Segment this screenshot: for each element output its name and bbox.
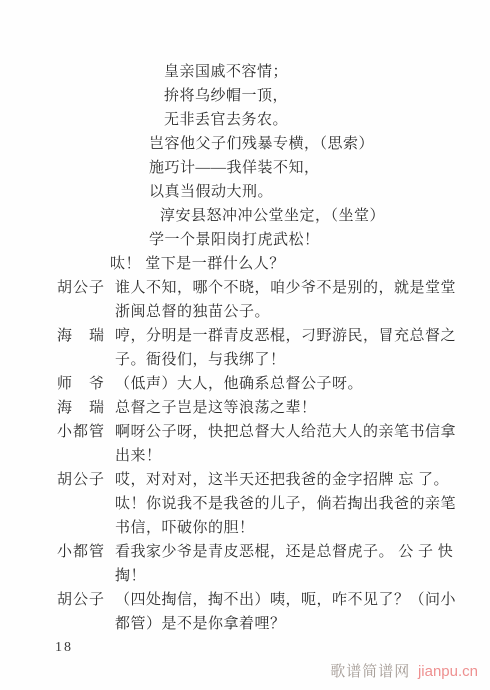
speech-text: 看我家少爷是青皮恶棍，还是总督虎子。 公 子 快 掏！ — [115, 540, 465, 588]
speech-line: 啊呀公子呀，快把总督大人给范大人的亲笔书信拿 — [115, 420, 465, 444]
dialogue-block: 胡公子 谁人不知，哪个不晓，咱少爷不是别的，就是堂堂 浙闽总督的独苗公子。 海 … — [0, 276, 490, 636]
dialogue-entry: 小都管 看我家少爷是青皮恶棍，还是总督虎子。 公 子 快 掏！ — [0, 540, 490, 588]
speaker-name: 小都管 — [57, 540, 115, 564]
speech-line: 浙闽总督的独苗公子。 — [115, 300, 465, 324]
verse-line: 学一个景阳岗打虎武松！ — [149, 228, 490, 252]
watermark-site-name: 歌谱简谱网 — [330, 664, 410, 680]
speaker-name: 胡公子 — [57, 276, 115, 300]
verse-line: 以真当假动大刑。 — [149, 180, 490, 204]
verse-line: 岂容他父子们残暴专横，（思索） — [149, 132, 490, 156]
watermark-site-url: jianpu.cn — [418, 663, 478, 680]
speech-line: （四处掏信，掏不出）咦，呃，咋不见了？（问小 — [115, 588, 465, 612]
dialogue-entry: 师 爷 （低声）大人，他确系总督公子呀。 — [0, 372, 490, 396]
verse-line: 淳安县怒冲冲公堂坐定，（坐堂） — [160, 204, 490, 228]
verse-block: 皇亲国戚不容情； 拚将乌纱帽一顶， 无非丢官去务农。 岂容他父子们残暴专横，（思… — [0, 60, 490, 276]
speech-line: 书信，吓破你的胆！ — [115, 516, 465, 540]
speech-line: （低声）大人，他确系总督公子呀。 — [115, 372, 465, 396]
speech-line: 呔！你说我不是我爸的儿子，倘若掏出我爸的亲笔 — [115, 492, 465, 516]
script-page: 皇亲国戚不容情； 拚将乌纱帽一顶， 无非丢官去务农。 岂容他父子们残暴专横，（思… — [0, 0, 490, 690]
speech-line: 都管）是不是你拿着哩？ — [115, 612, 465, 636]
dialogue-entry: 胡公子 哎，对对对，这半天还把我爸的金字招牌 忘 了。 呔！你说我不是我爸的儿子… — [0, 468, 490, 540]
speech-text: 哼，分明是一群青皮恶棍，刁野游民，冒充总督之 子。衙役们，与我绑了！ — [115, 324, 465, 372]
shout-line: 呔！ 堂下是一群什么人？ — [110, 252, 490, 276]
speech-text: 总督之子岂是这等浪荡之辈！ — [115, 396, 465, 420]
page-number: 18 — [55, 640, 73, 656]
speech-text: （低声）大人，他确系总督公子呀。 — [115, 372, 465, 396]
speaker-name: 胡公子 — [57, 588, 115, 612]
speaker-name: 海 瑞 — [57, 324, 115, 348]
speaker-name: 小都管 — [57, 420, 115, 444]
watermark: 歌谱简谱网 jianpu.cn — [330, 660, 478, 681]
speaker-name: 海 瑞 — [57, 396, 115, 420]
dialogue-entry: 海 瑞 总督之子岂是这等浪荡之辈！ — [0, 396, 490, 420]
speech-line: 哎，对对对，这半天还把我爸的金字招牌 忘 了。 — [115, 468, 465, 492]
speaker-name: 胡公子 — [57, 468, 115, 492]
verse-line: 皇亲国戚不容情； — [164, 60, 490, 84]
speech-line: 出来！ — [115, 444, 465, 468]
speech-text: 谁人不知，哪个不晓，咱少爷不是别的，就是堂堂 浙闽总督的独苗公子。 — [115, 276, 465, 324]
speech-line: 看我家少爷是青皮恶棍，还是总督虎子。 公 子 快 — [115, 540, 465, 564]
speech-line: 掏！ — [115, 564, 465, 588]
speech-text: 啊呀公子呀，快把总督大人给范大人的亲笔书信拿 出来！ — [115, 420, 465, 468]
verse-line: 拚将乌纱帽一顶， — [164, 84, 490, 108]
dialogue-entry: 胡公子 （四处掏信，掏不出）咦，呃，咋不见了？（问小 都管）是不是你拿着哩？ — [0, 588, 490, 636]
verse-line: 无非丢官去务农。 — [164, 108, 490, 132]
speech-line: 总督之子岂是这等浪荡之辈！ — [115, 396, 465, 420]
dialogue-entry: 胡公子 谁人不知，哪个不晓，咱少爷不是别的，就是堂堂 浙闽总督的独苗公子。 — [0, 276, 490, 324]
speech-line: 谁人不知，哪个不晓，咱少爷不是别的，就是堂堂 — [115, 276, 465, 300]
speech-text: （四处掏信，掏不出）咦，呃，咋不见了？（问小 都管）是不是你拿着哩？ — [115, 588, 465, 636]
speech-line: 哼，分明是一群青皮恶棍，刁野游民，冒充总督之 — [115, 324, 465, 348]
speaker-name: 师 爷 — [57, 372, 115, 396]
speech-line: 子。衙役们，与我绑了！ — [115, 348, 465, 372]
dialogue-entry: 小都管 啊呀公子呀，快把总督大人给范大人的亲笔书信拿 出来！ — [0, 420, 490, 468]
speech-text: 哎，对对对，这半天还把我爸的金字招牌 忘 了。 呔！你说我不是我爸的儿子，倘若掏… — [115, 468, 465, 540]
dialogue-entry: 海 瑞 哼，分明是一群青皮恶棍，刁野游民，冒充总督之 子。衙役们，与我绑了！ — [0, 324, 490, 372]
verse-line: 施巧计——我佯装不知， — [149, 156, 490, 180]
